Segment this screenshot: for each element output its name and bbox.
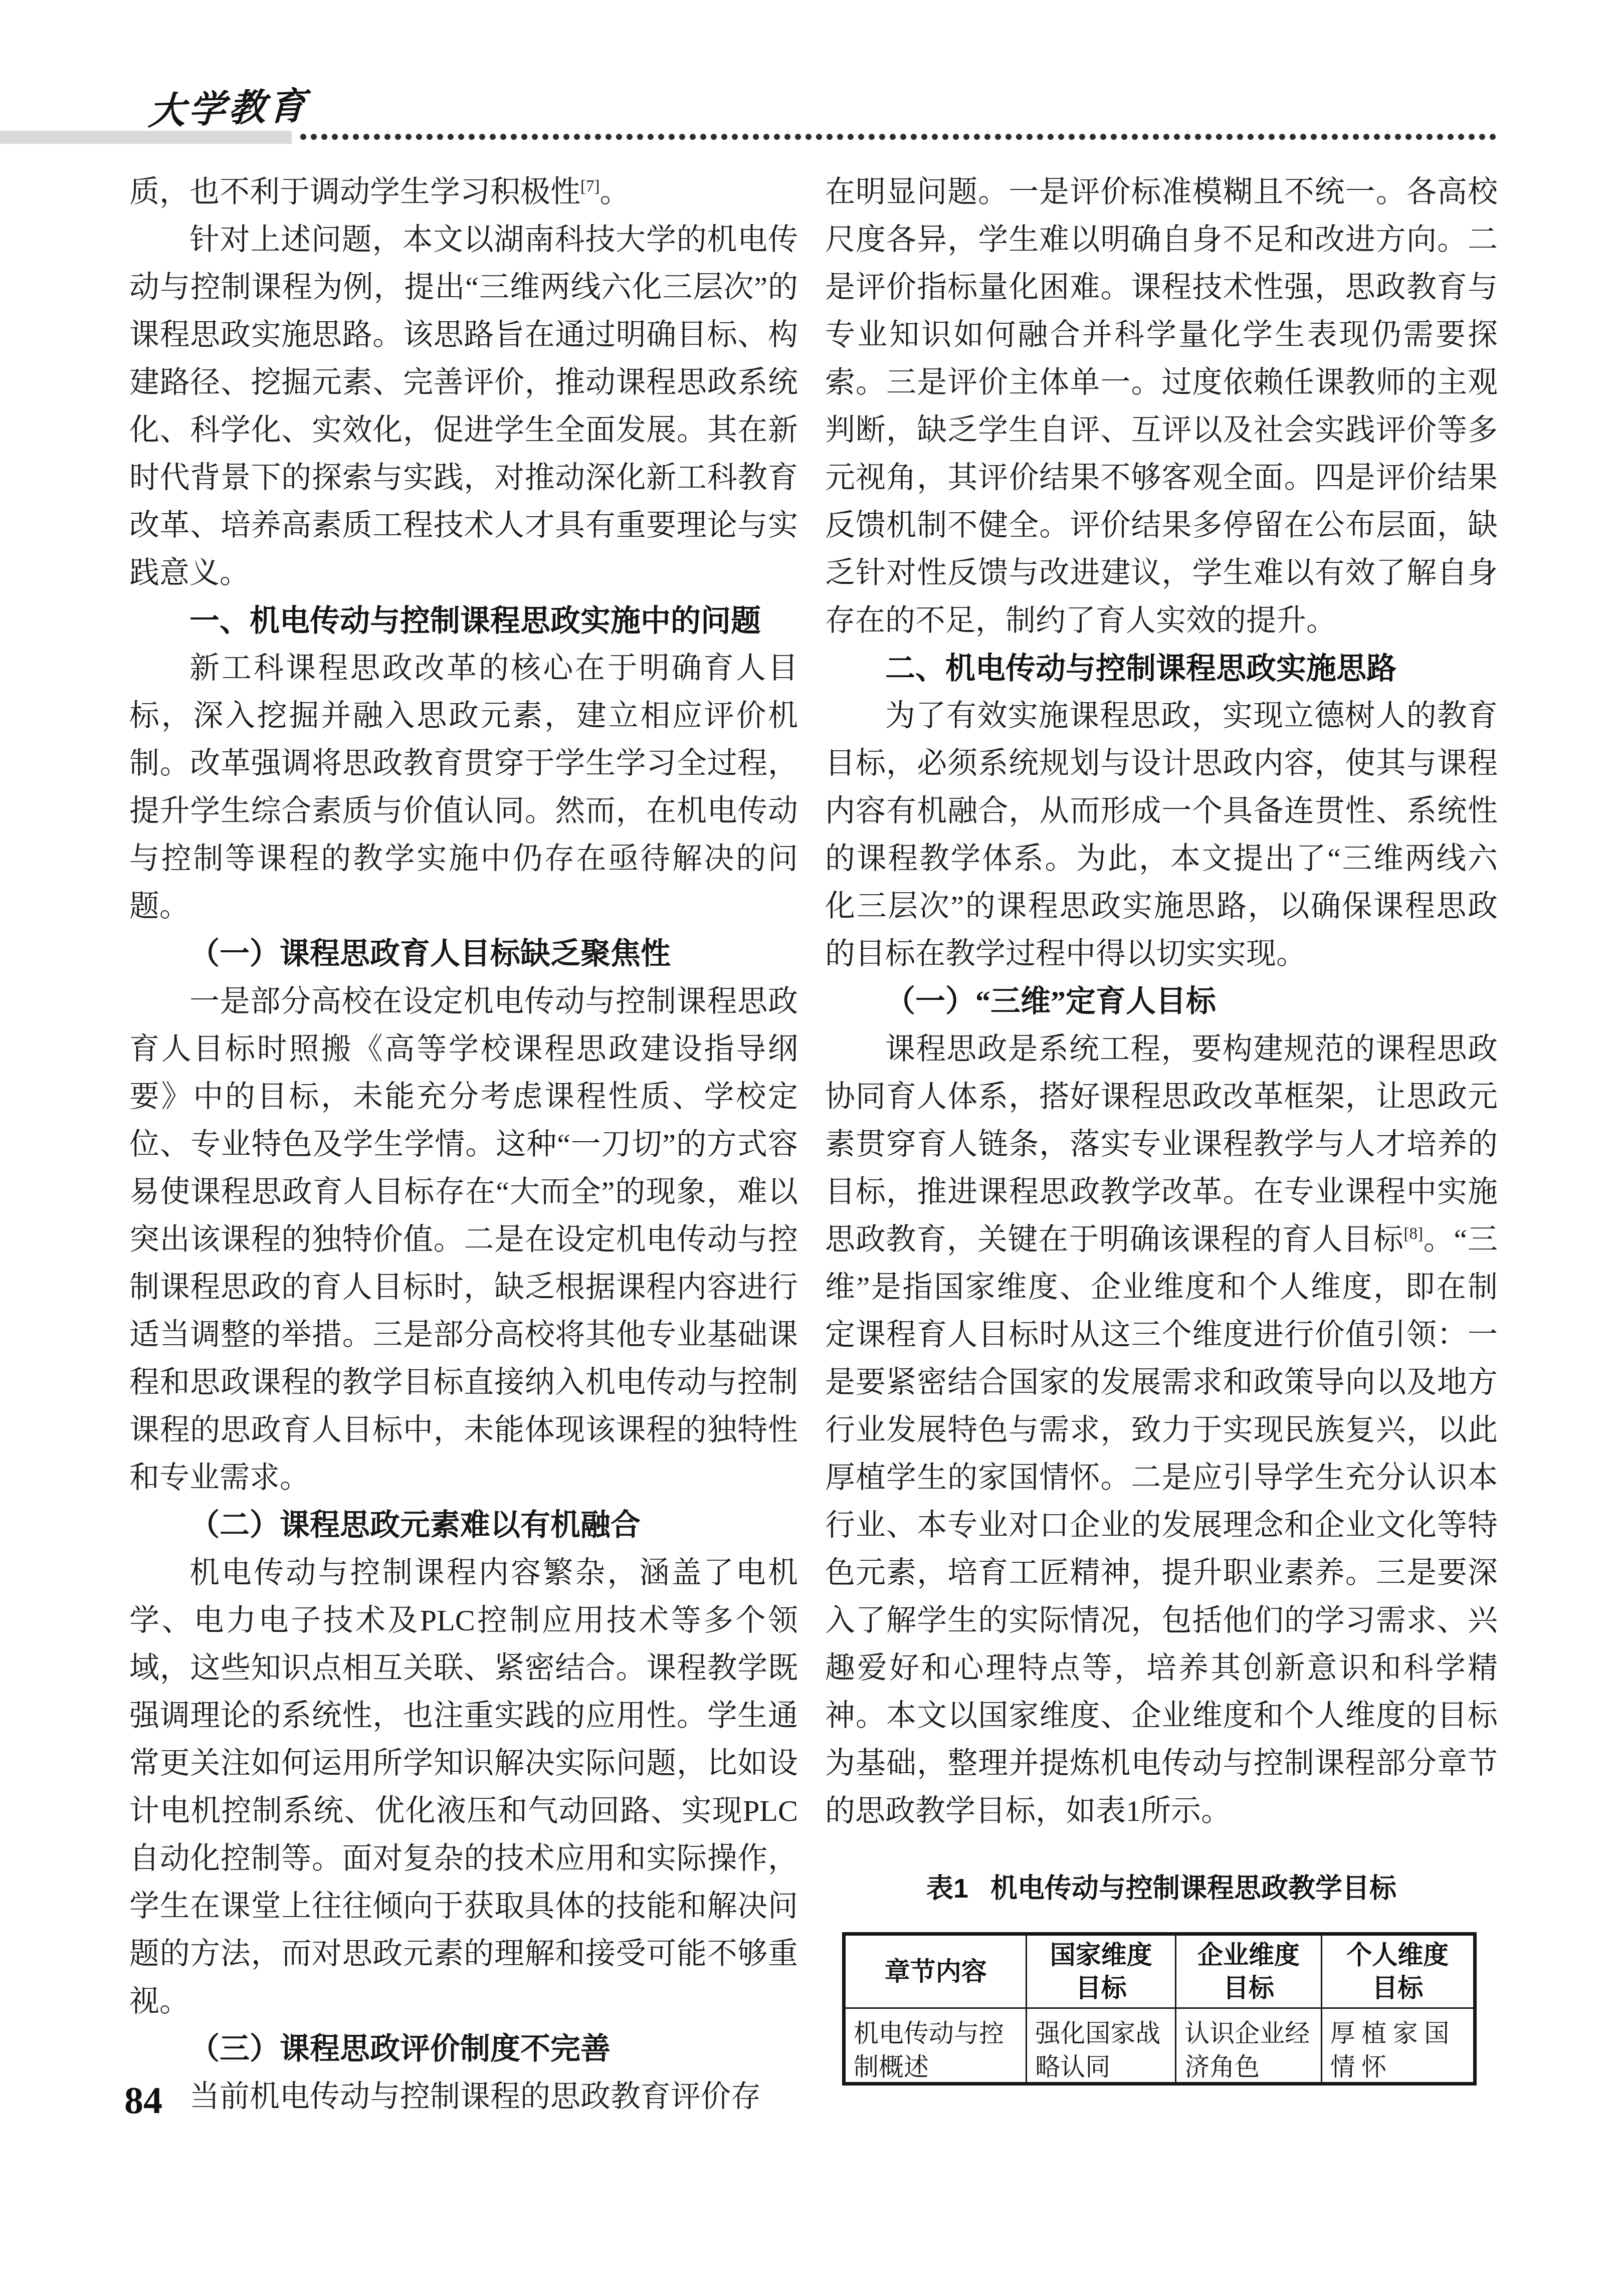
subsection-heading-1-2: （二）课程思政元素难以有机融合	[129, 1502, 798, 1549]
page-number: 84	[124, 2079, 162, 2123]
header-dotted-rule	[300, 133, 1498, 141]
table-cell-enterprise-goal: 认识企业经 济角色	[1175, 2009, 1320, 2082]
cell-line: 厚 植 家 国	[1330, 2017, 1467, 2050]
goals-table: 章节内容 国家维度 目标 企业维度 目标 个人维度 目标 机电传动与控 制概述 …	[842, 1932, 1477, 2085]
table-title: 机电传动与控制课程思政教学目标	[990, 1873, 1396, 1904]
paragraph-text: 。“三维”是指国家维度、企业维度和个人维度，即在制定课程育人目标时从这三个维度进…	[825, 1223, 1498, 1827]
paragraph: 一是部分高校在设定机电传动与控制课程思政育人目标时照搬《高等学校课程思政建设指导…	[129, 978, 798, 1502]
cell-line: 强化国家战	[1035, 2017, 1169, 2050]
paragraph-continuation: 质，也不利于调动学生学习积极性[7]。	[129, 168, 798, 216]
table-header-cell-enterprise: 企业维度 目标	[1175, 1936, 1320, 2009]
header-line: 章节内容	[885, 1955, 987, 1988]
cell-line: 机电传动与控	[854, 2017, 1020, 2050]
paragraph: 为了有效实施课程思政，实现立德树人的教育目标，必须系统规划与设计思政内容，使其与…	[825, 692, 1498, 978]
table-cell-national-goal: 强化国家战 略认同	[1026, 2009, 1175, 2082]
right-column: 在明显问题。一是评价标准模糊且不统一。各高校尺度各异，学生难以明确自身不足和改进…	[825, 168, 1498, 2085]
cell-line: 略认同	[1035, 2050, 1169, 2082]
table-header-cell-personal: 个人维度 目标	[1321, 1936, 1473, 2009]
reference-marker-8: [8]	[1404, 1225, 1423, 1243]
subsection-heading-1-3: （三）课程思政评价制度不完善	[129, 2025, 798, 2073]
journal-page: 大学教育 质，也不利于调动学生学习积极性[7]。 针对上述问题，本文以湖南科技大…	[0, 0, 1614, 2296]
table-header-cell-chapter: 章节内容	[846, 1936, 1026, 2009]
paragraph: 机电传动与控制课程内容繁杂，涵盖了电机学、电力电子技术及PLC控制应用技术等多个…	[129, 1549, 798, 2025]
paragraph: 针对上述问题，本文以湖南科技大学的机电传动与控制课程为例，提出“三维两线六化三层…	[129, 216, 798, 597]
table-cell-personal-goal: 厚 植 家 国 情 怀	[1321, 2009, 1473, 2082]
section-heading-2: 二、机电传动与控制课程思政实施思路	[825, 645, 1498, 692]
subsection-heading-2-1: （一）“三维”定育人目标	[825, 978, 1498, 1025]
header-gray-bar	[0, 131, 292, 144]
paragraph: 新工科课程思政改革的核心在于明确育人目标，深入挖掘并融入思政元素，建立相应评价机…	[129, 645, 798, 930]
left-column: 质，也不利于调动学生学习积极性[7]。 针对上述问题，本文以湖南科技大学的机电传…	[129, 168, 798, 2121]
paragraph-text: 质，也不利于调动学生学习积极性	[129, 175, 580, 208]
table-cell-chapter: 机电传动与控 制概述	[846, 2009, 1026, 2082]
table-caption: 表1机电传动与控制课程思政教学目标	[825, 1868, 1498, 1909]
paragraph: 当前机电传动与控制课程的思政教育评价存	[129, 2073, 798, 2121]
subsection-heading-1-1: （一）课程思政育人目标缺乏聚焦性	[129, 930, 798, 978]
table-header-cell-national: 国家维度 目标	[1026, 1936, 1175, 2009]
header-line: 个人维度	[1346, 1939, 1449, 1972]
journal-logo: 大学教育	[147, 76, 310, 135]
paragraph-continuation: 在明显问题。一是评价标准模糊且不统一。各高校尺度各异，学生难以明确自身不足和改进…	[825, 168, 1498, 645]
cell-line: 济角色	[1184, 2050, 1314, 2082]
header-line: 目标	[1076, 1972, 1127, 2005]
paragraph-text: 课程思政是系统工程，要构建规范的课程思政协同育人体系，搭好课程思政改革框架，让思…	[825, 1032, 1498, 1256]
cell-line: 制概述	[854, 2050, 1020, 2082]
header-line: 目标	[1223, 1972, 1274, 2005]
reference-marker-7: [7]	[580, 177, 599, 195]
header-line: 目标	[1372, 1972, 1423, 2005]
table-label: 表1	[926, 1873, 968, 1904]
paragraph: 课程思政是系统工程，要构建规范的课程思政协同育人体系，搭好课程思政改革框架，让思…	[825, 1025, 1498, 1835]
paragraph-text: 。	[599, 175, 630, 208]
header-line: 企业维度	[1197, 1939, 1300, 1972]
section-heading-1: 一、机电传动与控制课程思政实施中的问题	[129, 597, 798, 645]
cell-line: 认识企业经	[1184, 2017, 1314, 2050]
header-line: 国家维度	[1050, 1939, 1152, 1972]
cell-line: 情 怀	[1330, 2050, 1467, 2082]
